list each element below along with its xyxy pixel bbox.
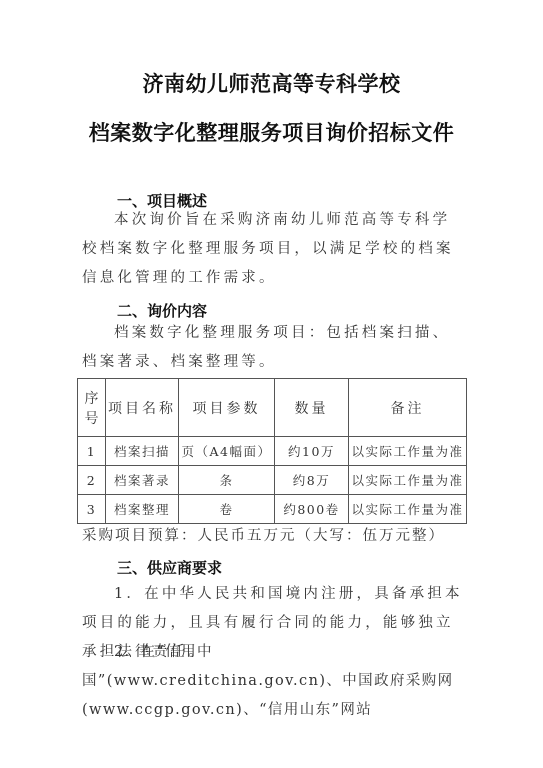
- table-row: 2 档案著录 条 约8万 以实际工作量为准: [78, 466, 467, 495]
- cell-name: 档案著录: [106, 466, 179, 495]
- cell-name: 档案整理: [106, 495, 179, 524]
- cell-param: 页（A4幅面）: [179, 437, 275, 466]
- budget-line: 采购项目预算：人民币五万元（大写：伍万元整）: [82, 522, 464, 551]
- header-note: 备注: [349, 379, 467, 437]
- pricing-table: 序号 项目名称 项目参数 数量 备注 1 档案扫描 页（A4幅面） 约10万 以…: [77, 378, 467, 524]
- cell-note: 以实际工作量为准: [349, 495, 467, 524]
- overview-paragraph: 本次询价旨在采购济南幼儿师范高等专科学校档案数字化整理服务项目，以满足学校的档案…: [82, 206, 464, 293]
- cell-param: 条: [179, 466, 275, 495]
- header-param: 项目参数: [179, 379, 275, 437]
- cell-name: 档案扫描: [106, 437, 179, 466]
- header-no: 序号: [78, 379, 106, 437]
- section-heading-supplier: 三、供应商要求: [117, 557, 222, 578]
- content-paragraph: 档案数字化整理服务项目：包括档案扫描、档案著录、档案整理等。: [82, 319, 464, 377]
- cell-no: 1: [78, 437, 106, 466]
- cell-no: 2: [78, 466, 106, 495]
- supplier-item-2: 2．在“信用中国”(www.creditchina.gov.cn)、中国政府采购…: [82, 638, 464, 725]
- table-header-row: 序号 项目名称 项目参数 数量 备注: [78, 379, 467, 437]
- header-name: 项目名称: [106, 379, 179, 437]
- cell-no: 3: [78, 495, 106, 524]
- cell-qty: 约10万: [275, 437, 349, 466]
- document-title-line1: 济南幼儿师范高等专科学校: [0, 68, 543, 98]
- cell-qty: 约8万: [275, 466, 349, 495]
- table-row: 1 档案扫描 页（A4幅面） 约10万 以实际工作量为准: [78, 437, 467, 466]
- document-title-line2: 档案数字化整理服务项目询价招标文件: [0, 117, 543, 147]
- section-heading-content: 二、询价内容: [117, 300, 207, 321]
- cell-param: 卷: [179, 495, 275, 524]
- cell-qty: 约800卷: [275, 495, 349, 524]
- header-qty: 数量: [275, 379, 349, 437]
- cell-note: 以实际工作量为准: [349, 466, 467, 495]
- cell-note: 以实际工作量为准: [349, 437, 467, 466]
- table-row: 3 档案整理 卷 约800卷 以实际工作量为准: [78, 495, 467, 524]
